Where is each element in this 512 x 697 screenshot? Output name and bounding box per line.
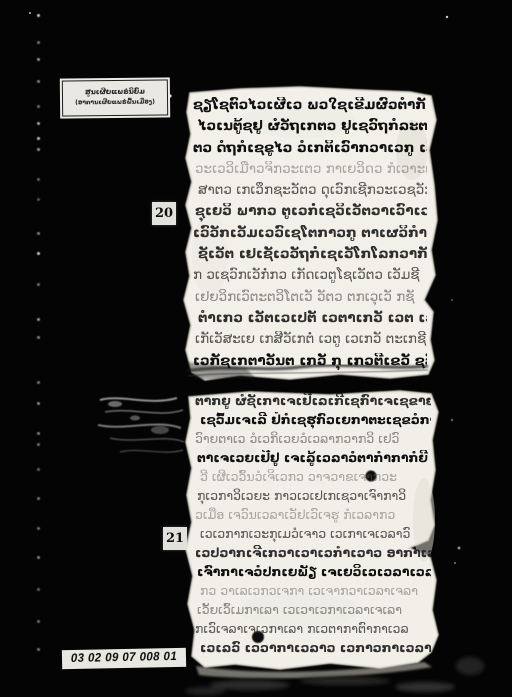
film-sprocket-dot xyxy=(37,402,40,405)
archive-label: ສູນເຜີຍແພຣ່ນິຍົມ (ອາຄານເຜີຍແພຣ່ພື້ນເມືອງ… xyxy=(62,79,168,116)
frame-number-badge-21: 21 xyxy=(163,527,187,550)
manuscript-text-line: ຊຸເຍວິ ພາກວ ຕູເວກໍ່ເຊວິເວັຕວາເວົາເວຈູ ກະ xyxy=(193,203,427,224)
manuscript-text-line: ເວກັຊເກຕາວັນຕ ເກວັ ກຸ ເກວຕີເຂວັ ຊວັເຕວ xyxy=(193,353,427,374)
film-sprocket-dot xyxy=(37,105,40,108)
film-sprocket-dot xyxy=(37,283,40,286)
film-sprocket-dot xyxy=(37,443,40,446)
manuscript-text-line: ກເວົເຈລາເຈເວກາເລາ ກເວຕາກາຕົາກາເວລ xyxy=(195,621,431,640)
film-sprocket-dot xyxy=(37,80,40,83)
manuscript-text-line: ເກັເວັສະເຍ ເກສີວັເກຕໍ່ ເວຕູ ເວເກວັ ຕະເກຊ… xyxy=(193,331,427,352)
film-sprocket-dot xyxy=(37,14,40,17)
film-sprocket-dot xyxy=(37,336,40,339)
manuscript-bottom-page-text: ຕາກຍູ ຜໍຊັເກາເຈເຢີເລເກີເຊກົາເຈເຊຂາຍເຊວົ້… xyxy=(195,393,431,659)
film-sprocket-dot xyxy=(37,556,40,559)
manuscript-text-line: ຕາເຈເວຍເຢີຢູ ເຈເລູ້ເວລາວໍຕາກໍາກາກໍຍີ xyxy=(195,450,431,469)
film-code-label: 03 02 09 07 008 01 xyxy=(62,648,186,669)
film-sprocket-dot xyxy=(37,41,40,44)
manuscript-text-line: ວເມືອ ເຈວົນເວລາເວັຢເວົເຈຮູ ກໍເວລາກວ xyxy=(195,507,431,526)
archive-label-line2: (ອາຄານເຜີຍແພຣ່ພື້ນເມືອງ) xyxy=(63,98,167,107)
archive-label-line1: ສູນເຜີຍແພຣ່ນິຍົມ xyxy=(63,87,167,96)
film-sprocket-dot xyxy=(37,318,40,321)
manuscript-text-line: ວະເວວິເມືາວຈິກວະເຕວ ກາເຍວິດວ ກໍເວາະເວົ xyxy=(193,161,427,182)
manuscript-text-line: ເວເວກາກເວະກຸເມວໍເຈາວ ເວເກາເຈເວລາວົ xyxy=(195,526,431,545)
film-sprocket-dot xyxy=(37,137,40,140)
manuscript-text-line: ເວົວັກເວັມເວວົເຊໂຕກາວກູ ຕາເຜວິກໍາກເວົ xyxy=(193,225,427,246)
film-sprocket-dot xyxy=(37,252,40,255)
film-sprocket-dot xyxy=(37,468,40,471)
manuscript-text-line: ເຈົາກາເຈວໍປກເຍພັຽ ເຈເຍວິເວເວລາເວລາ xyxy=(195,564,431,583)
film-sprocket-dot xyxy=(37,178,40,181)
film-sprocket-dot xyxy=(37,122,40,125)
film-sprocket-dot xyxy=(37,588,40,591)
film-sprocket-dot xyxy=(37,58,40,61)
manuscript-text-line: ສາຕວ ເກເວຶກຊະວັຕວ ດຸເວົກເຊີກວະເວຊວັກ xyxy=(193,182,427,203)
film-sprocket-dot xyxy=(37,432,40,435)
manuscript-text-line: ວົາຍຕາເວ ວໍເວກິເວຍວໍເວລາກວາກວິ ເຢວົ xyxy=(195,431,431,450)
manuscript-text-line: ຊັເວັຕ ເຢເຊັເວວັຖກໍ່ເຊເວັໂກໂລກວາກັເວັ xyxy=(193,246,427,267)
manuscript-text-line: ກວ ວາເລເວກວເຈກາ ເວເຈາກວາເວລາເຈລາ xyxy=(195,583,431,602)
manuscript-top-page-text: ຊຽໂຊຕົວໄວເຜີເວ ພວໃຊເຂີມຜົວຕໍາກັ ເຊຮູໂຕໄວ… xyxy=(193,97,427,374)
manuscript-text-line: ເວປວາກເຈີເກວາເວາເວກໍາເວາວ ອາກາເວຍ xyxy=(195,545,431,564)
manuscript-text-line: ເວັ້ຍເວົ້ເມກາເລາ ເວເວາເວກາເວລາເຈເລາ xyxy=(195,602,431,621)
film-sprocket-dot xyxy=(37,381,40,384)
film-sprocket-dot xyxy=(37,148,40,151)
film-sprocket-dot xyxy=(37,527,40,530)
manuscript-text-line: ຕວ ດໍຖກໍເຊຂູໄວ ວໍເກຕິເວົາກວາເວກູ ເວັຕະ xyxy=(193,140,427,161)
manuscript-text-line: ກຸເວກາວິເວຍະ ກາວເວເຢເກເຊວາເຈົາກາວິ xyxy=(195,488,431,507)
frame-number-badge-20: 20 xyxy=(152,202,176,225)
manuscript-text-line: ເວເລວົ ເວວາກາເວລາວ ເວກາວກາເວລາເວ xyxy=(195,640,431,659)
film-sprocket-dot xyxy=(37,232,40,235)
microfilm-frame: ສູນເຜີຍແພຣ່ນິຍົມ (ອາຄານເຜີຍແພຣ່ພື້ນເມືອງ… xyxy=(0,0,512,697)
manuscript-text-line: ກ ວເຊວົກເວັກໍ່ກວ ເກັດເວຕູໂຊເວັຕວ ເວັມຊີ xyxy=(193,267,427,288)
manuscript-text-line: ວີ ເຜີເວວົ້ນວໍເຈິເວກວ ວາຈວາຂເຈາກວະ xyxy=(195,469,431,488)
film-sprocket-dot xyxy=(37,497,40,500)
manuscript-text-line: ຕາກຍູ ຜໍຊັເກາເຈເຢີເລເກີເຊກົາເຈເຊຂາຍ xyxy=(195,393,431,412)
manuscript-text-line: ເຢຍວິກເວົຕະຕວິໂຕເວັ ວັຕວ ຕກເວຸເວັ ກຊັ xyxy=(193,289,427,310)
manuscript-text-line: ຊຽໂຊຕົວໄວເຜີເວ ພວໃຊເຂີມຜົວຕໍາກັ ເຊຮູໂຕ xyxy=(193,97,427,118)
film-sprocket-dot xyxy=(37,648,40,651)
manuscript-text-line: ເຊວົ້ມເຈເລີ ຢໍກໍເຊຮຸກົວເຍກາຕະເຊຂວໍກາ xyxy=(195,412,431,431)
film-sprocket-dot xyxy=(37,620,40,623)
film-sprocket-dot xyxy=(37,198,40,201)
manuscript-text-line: ໄວເນຕູ້ຊຢູ ຜໍວັຖເກຕວ ຢູເຊວົຖກໍລະຕາງຊະ xyxy=(193,118,427,139)
manuscript-text-line: ຕໍາເກວ ເວັຕເວເປຕັ ເວຕາເກວັ ເວຕ ເວກັ ຊວັ xyxy=(193,310,427,331)
